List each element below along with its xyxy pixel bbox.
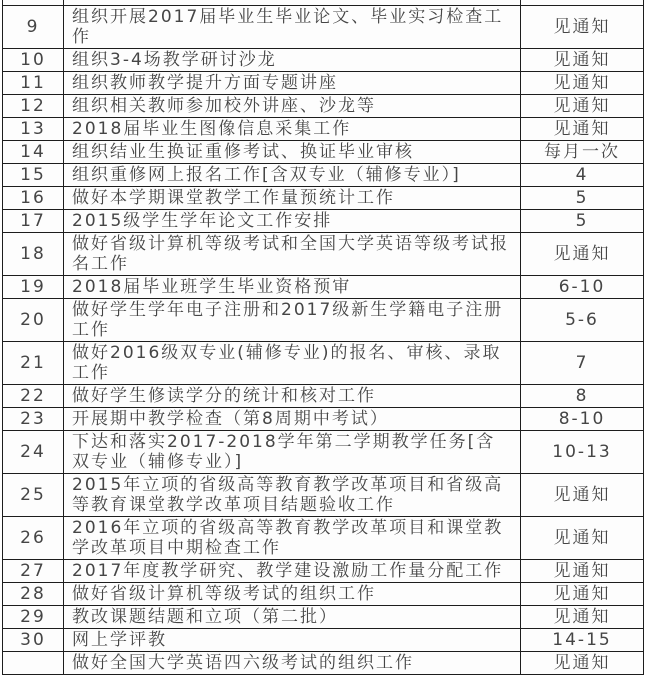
- table-row: 22做好学生修读学分的统计和核对工作8: [3, 385, 644, 408]
- task-cell: 下达和落实2017-2018学年第二学期教学任务[含双专业（辅修专业）]: [64, 431, 521, 474]
- row-number-cell: 30: [3, 629, 64, 652]
- schedule-cell: 见通知: [521, 6, 644, 49]
- schedule-cell: 8: [521, 385, 644, 408]
- schedule-cell: 见通知: [521, 233, 644, 276]
- row-number-cell: 20: [3, 299, 64, 342]
- table-row: 262016年立项的省级高等教育教学改革项目和课堂教学改革项目中期检查工作见通知: [3, 517, 644, 560]
- schedule-cell: 见通知: [521, 118, 644, 141]
- task-cell: 做好本学期课堂教学工作量预统计工作: [64, 187, 521, 210]
- table-row: 14组织结业生换证重修考试、换证毕业审核每月一次: [3, 141, 644, 164]
- table-row: 24下达和落实2017-2018学年第二学期教学任务[含双专业（辅修专业）]10…: [3, 431, 644, 474]
- task-cell: 做好全国大学英语四六级考试的组织工作: [64, 652, 521, 675]
- table-row: 29教改课题结题和立项（第二批）见通知: [3, 606, 644, 629]
- task-cell: 2016年立项的省级高等教育教学改革项目和课堂教学改革项目中期检查工作: [64, 517, 521, 560]
- task-cell: 组织结业生换证重修考试、换证毕业审核: [64, 141, 521, 164]
- row-number-cell: 25: [3, 474, 64, 517]
- task-cell: 做好学生学年电子注册和2017级新生学籍电子注册工作: [64, 299, 521, 342]
- table-row: 132018届毕业生图像信息采集工作见通知: [3, 118, 644, 141]
- schedule-cell: 7: [521, 342, 644, 385]
- task-cell: 组织重修网上报名工作[含双专业（辅修专业）]: [64, 164, 521, 187]
- task-cell: 2018届毕业班学生毕业资格预审: [64, 276, 521, 299]
- row-number-cell: 17: [3, 210, 64, 233]
- table-row: 30网上学评教14-15: [3, 629, 644, 652]
- task-cell: 2018届毕业生图像信息采集工作: [64, 118, 521, 141]
- schedule-cell: 见通知: [521, 583, 644, 606]
- table-row: 9组织开展2017届毕业生毕业论文、毕业实习检查工作见通知: [3, 6, 644, 49]
- row-number-cell: 18: [3, 233, 64, 276]
- schedule-cell: 每月一次: [521, 141, 644, 164]
- task-cell: 做好学生修读学分的统计和核对工作: [64, 385, 521, 408]
- row-number-cell: 28: [3, 583, 64, 606]
- row-number-cell: 26: [3, 517, 64, 560]
- table-row: 20做好学生学年电子注册和2017级新生学籍电子注册工作5-6: [3, 299, 644, 342]
- schedule-cell: 5-6: [521, 299, 644, 342]
- task-cell: 做好省级计算机等级考试的组织工作: [64, 583, 521, 606]
- work-schedule-table: 9组织开展2017届毕业生毕业论文、毕业实习检查工作见通知10组织3-4场教学研…: [2, 0, 644, 675]
- schedule-cell: 见通知: [521, 72, 644, 95]
- task-cell: 组织教师教学提升方面专题讲座: [64, 72, 521, 95]
- row-number-cell: 14: [3, 141, 64, 164]
- table-row: 15组织重修网上报名工作[含双专业（辅修专业）]4: [3, 164, 644, 187]
- row-number-cell: 10: [3, 49, 64, 72]
- table-row: 10组织3-4场教学研讨沙龙见通知: [3, 49, 644, 72]
- table-row: 172015级学生学年论文工作安排5: [3, 210, 644, 233]
- row-number-cell: 11: [3, 72, 64, 95]
- schedule-cell: 4: [521, 164, 644, 187]
- task-cell: 组织开展2017届毕业生毕业论文、毕业实习检查工作: [64, 6, 521, 49]
- table-row: 11组织教师教学提升方面专题讲座见通知: [3, 72, 644, 95]
- row-number-cell: 13: [3, 118, 64, 141]
- schedule-cell: 5: [521, 187, 644, 210]
- schedule-cell: 见通知: [521, 49, 644, 72]
- schedule-cell: 见通知: [521, 474, 644, 517]
- task-cell: 网上学评教: [64, 629, 521, 652]
- row-number-cell: 23: [3, 408, 64, 431]
- schedule-cell: 见通知: [521, 95, 644, 118]
- row-number-cell: 21: [3, 342, 64, 385]
- schedule-cell: 见通知: [521, 517, 644, 560]
- task-cell: 组织相关教师参加校外讲座、沙龙等: [64, 95, 521, 118]
- task-cell: 教改课题结题和立项（第二批）: [64, 606, 521, 629]
- task-cell: 做好2016级双专业(辅修专业)的报名、审核、录取工作: [64, 342, 521, 385]
- row-number-cell: 27: [3, 560, 64, 583]
- table-row: 18做好省级计算机等级考试和全国大学英语等级考试报名工作见通知: [3, 233, 644, 276]
- task-cell: 2015级学生学年论文工作安排: [64, 210, 521, 233]
- row-number-cell: 16: [3, 187, 64, 210]
- document-page: 9组织开展2017届毕业生毕业论文、毕业实习检查工作见通知10组织3-4场教学研…: [0, 0, 647, 681]
- table-row: 12组织相关教师参加校外讲座、沙龙等见通知: [3, 95, 644, 118]
- table-body: 9组织开展2017届毕业生毕业论文、毕业实习检查工作见通知10组织3-4场教学研…: [3, 0, 644, 675]
- table-row: 272017年度教学研究、教学建设激励工作量分配工作见通知: [3, 560, 644, 583]
- schedule-cell: 5: [521, 210, 644, 233]
- row-number-cell: 15: [3, 164, 64, 187]
- task-cell: 2015年立项的省级高等教育教学改革项目和省级高等教育课堂教学改革项目结题验收工…: [64, 474, 521, 517]
- row-number-cell: 9: [3, 6, 64, 49]
- row-number-cell: 19: [3, 276, 64, 299]
- row-number-cell: 24: [3, 431, 64, 474]
- task-cell: 组织3-4场教学研讨沙龙: [64, 49, 521, 72]
- partial-bottom-row: 做好全国大学英语四六级考试的组织工作见通知: [3, 652, 644, 675]
- schedule-cell: 见通知: [521, 560, 644, 583]
- row-number-cell: 29: [3, 606, 64, 629]
- table-row: 21做好2016级双专业(辅修专业)的报名、审核、录取工作7: [3, 342, 644, 385]
- schedule-cell: 见通知: [521, 652, 644, 675]
- schedule-cell: 14-15: [521, 629, 644, 652]
- row-number-cell: [3, 652, 64, 675]
- row-number-cell: 12: [3, 95, 64, 118]
- table-row: 23开展期中教学检查（第8周期中考试）8-10: [3, 408, 644, 431]
- table-row: 192018届毕业班学生毕业资格预审6-10: [3, 276, 644, 299]
- table-row: 28做好省级计算机等级考试的组织工作见通知: [3, 583, 644, 606]
- table-row: 252015年立项的省级高等教育教学改革项目和省级高等教育课堂教学改革项目结题验…: [3, 474, 644, 517]
- table-row: 16做好本学期课堂教学工作量预统计工作5: [3, 187, 644, 210]
- task-cell: 开展期中教学检查（第8周期中考试）: [64, 408, 521, 431]
- schedule-cell: 见通知: [521, 606, 644, 629]
- row-number-cell: 22: [3, 385, 64, 408]
- task-cell: 做好省级计算机等级考试和全国大学英语等级考试报名工作: [64, 233, 521, 276]
- schedule-cell: 6-10: [521, 276, 644, 299]
- schedule-cell: 10-13: [521, 431, 644, 474]
- schedule-cell: 8-10: [521, 408, 644, 431]
- task-cell: 2017年度教学研究、教学建设激励工作量分配工作: [64, 560, 521, 583]
